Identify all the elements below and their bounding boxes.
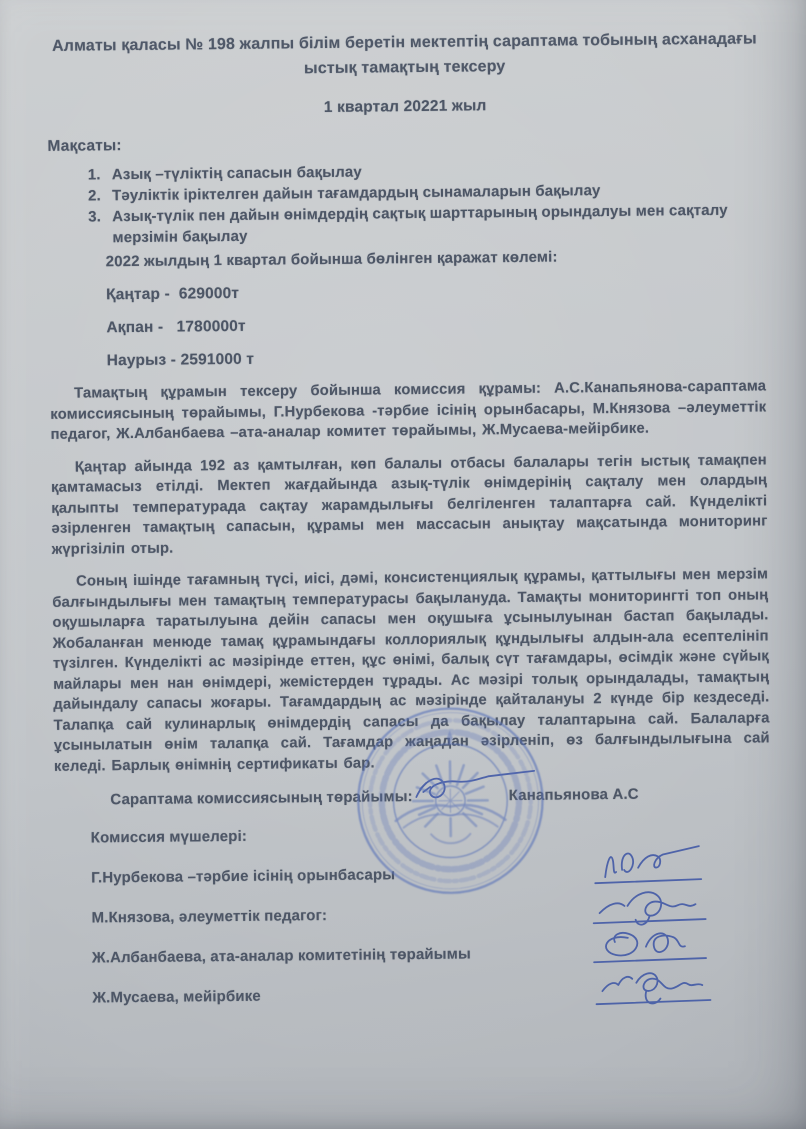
purpose-label: Мақсаты: [47,128,763,156]
goal-number: 3. [88,206,112,248]
member-text: Ж.Мусаева, мейірбике [92,988,261,1007]
goals-list: 1. Азық –түліктің сапасын бақылау 2. Тәу… [88,157,765,248]
budget-intro: 2022 жылдың 1 квартал бойынша бөлінген қ… [106,244,765,272]
scanned-document-page: Алматы қаласы № 198 жалпы білім беретін … [0,0,806,1129]
date-line: 1 квартал 20221 жыл [47,92,763,121]
goal-number: 2. [88,185,112,206]
document-content: Алматы қаласы № 198 жалпы білім беретін … [0,0,806,1129]
goal-number: 1. [88,164,112,185]
member-row-musaeva: Ж.Мусаева, мейірбике [92,981,772,1008]
budget-line-february: Ақпан - 1780000т [106,311,765,338]
member-text: М.Князова, әлеуметтік педагог: [92,907,328,926]
goal-text: Азық-түлік пен дайын өнімдердің сақтық ш… [112,199,764,248]
paragraph-monitoring-details: Соның ішінде тағамның түсі, иісі, дәмі, … [52,564,770,776]
member-text: Г.Нурбекова –тәрбие ісінің орынбасары [91,866,395,886]
signature-musaeva [592,960,721,1011]
goal-item: 3. Азық-түлік пен дайын өнімдердің сақты… [88,199,764,248]
member-text: Ж.Албанбаева, ата-аналар комитетінің төр… [92,946,471,967]
chair-label: Сараптама комиссиясының төрайымы: [110,787,413,810]
signature-kanapyanova [413,786,509,807]
paragraph-january-report: Қаңтар айында 192 аз қамтылған, көп бала… [51,450,768,560]
document-title: Алматы қаласы № 198 жалпы білім беретін … [46,26,762,83]
budget-line-march: Наурыз - 2591000 т [107,344,766,371]
signature-block: Сараптама комиссиясының төрайымы: Канапь… [54,783,772,1008]
budget-line-january: Қаңтар - 629000т [106,278,765,305]
chair-signature-row: Сараптама комиссиясының төрайымы: Канапь… [110,783,770,810]
paragraph-commission: Тамақтың құрамын тексеру бойынша комисси… [50,376,767,445]
